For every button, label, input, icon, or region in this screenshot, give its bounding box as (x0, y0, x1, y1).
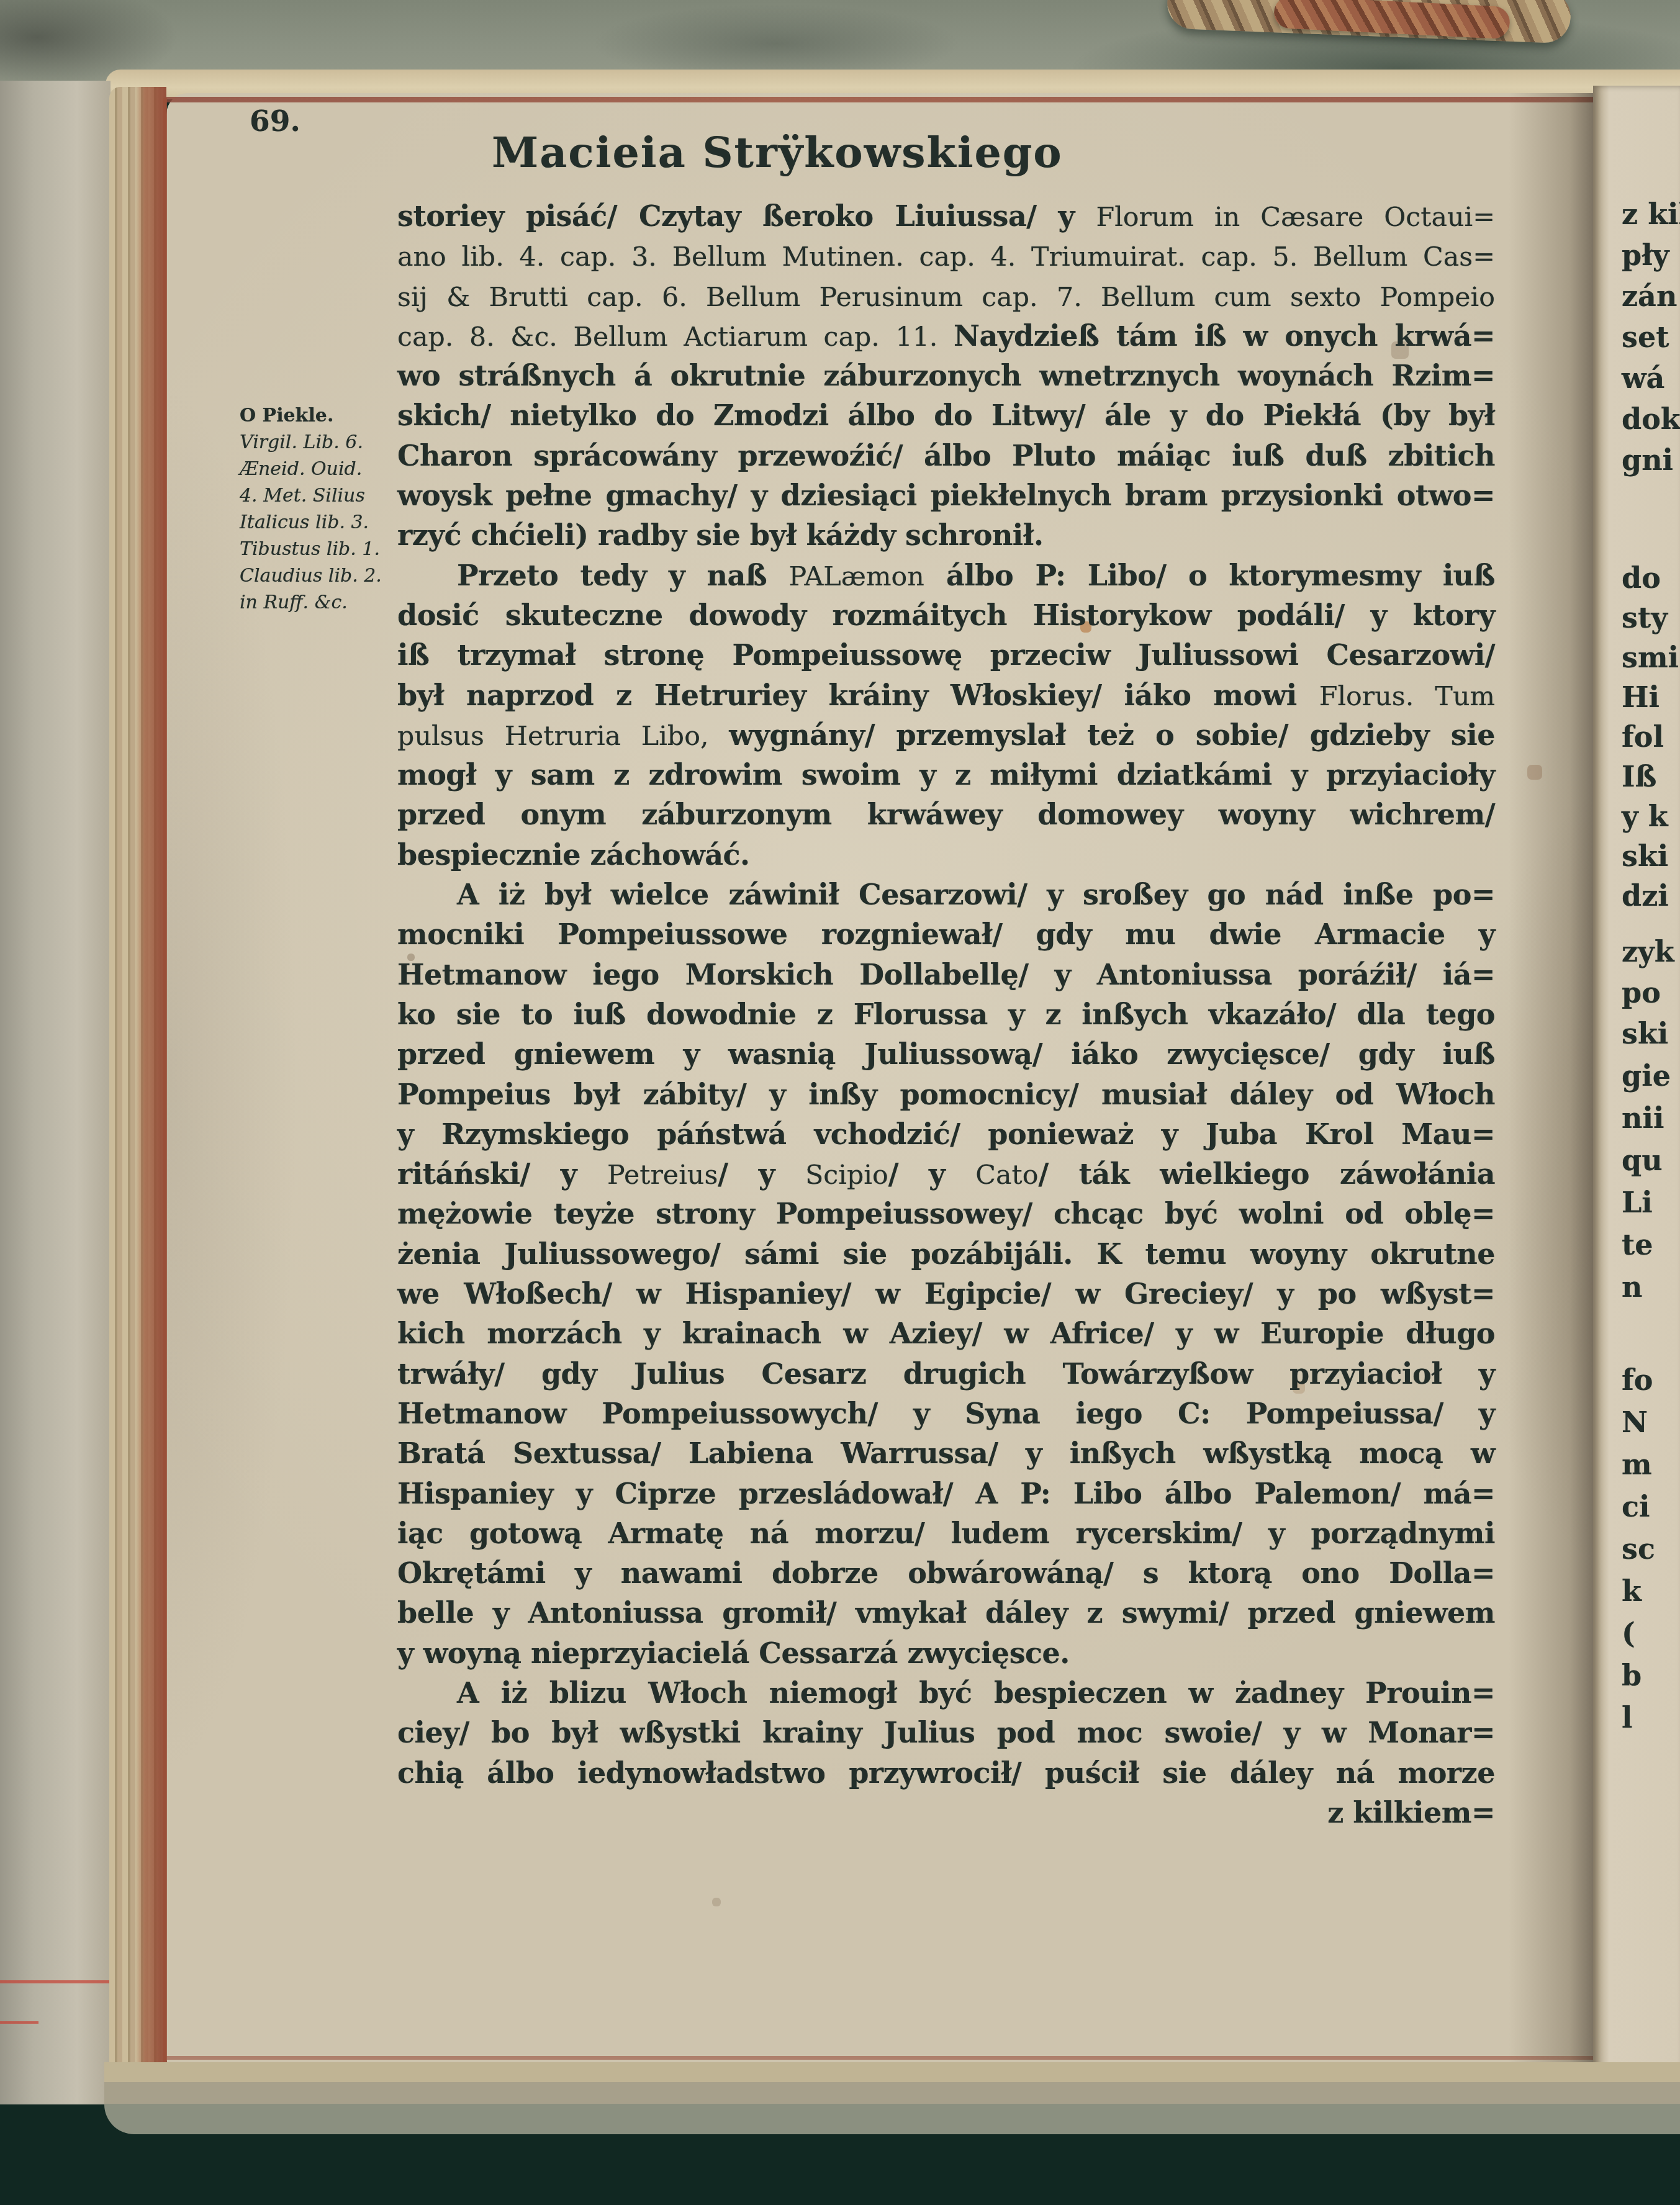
blackletter-segment: mocniki Pompeiussowe rozgniewał/ gdy mu … (397, 918, 1495, 951)
next-page-text-fragment: zyk (1622, 935, 1674, 968)
blackletter-segment: Charon sprácowány przewoźić/ álbo Pluto … (397, 439, 1495, 472)
next-page-text-fragment: N (1622, 1405, 1648, 1439)
left-fore-edge-stack (109, 87, 166, 2086)
blackletter-segment: ko sie to iuß dowodnie z Florussa y z in… (397, 998, 1495, 1031)
next-page-text-fragment: n (1622, 1270, 1642, 1304)
next-page-text-fragment: y k (1622, 800, 1668, 833)
blackletter-segment: storiey pisáć/ Czytay ßeroko Liuiussa/ y (397, 199, 1096, 233)
text-line: rzyć chćieli) radby sie był káżdy schron… (397, 515, 1495, 555)
text-block: storiey pisáć/ Czytay ßeroko Liuiussa/ y… (397, 196, 1495, 1833)
page-number: 69. (250, 104, 300, 138)
next-page-text-fragment: sc (1622, 1532, 1655, 1566)
text-line: iąc gotową Armatę ná morzu/ ludem rycers… (397, 1513, 1495, 1553)
roman-type-segment: sij & Brutti cap. 6. Bellum Perusinum ca… (397, 282, 1495, 313)
blackletter-segment: chią álbo iedynowładstwo przywrocił/ puś… (397, 1756, 1495, 1790)
next-page-text-fragment: z kil (1622, 197, 1680, 231)
text-line: był naprzod z Hetruriey kráiny Włoskiey/… (397, 675, 1495, 715)
blackletter-segment: Hetmanow iego Morskich Dollabellę/ y Ant… (397, 958, 1495, 991)
text-line: przed gniewem y wasnią Juliussową/ iáko … (397, 1034, 1495, 1074)
text-line: wo stráßnych á okrutnie záburzonych wnet… (397, 356, 1495, 395)
text-line: iß trzymał stronę Pompeiussowę przeciw J… (397, 635, 1495, 675)
text-line: bespiecznie záchowáć. (397, 835, 1495, 875)
next-page-text-fragment: Iß (1622, 760, 1656, 793)
text-line: chią álbo iedynowładstwo przywrocił/ puś… (397, 1753, 1495, 1793)
text-line: y woyną nieprzyiacielá Cessarzá zwycięsc… (397, 1633, 1495, 1673)
blackletter-segment: mogł y sam z zdrowim swoim y z miłymi dz… (397, 758, 1495, 791)
next-page-text-fragment: Li (1622, 1186, 1653, 1219)
next-page-text-fragment: set (1622, 320, 1669, 354)
roman-type-segment: Petreius (607, 1160, 718, 1191)
next-page-text-fragment: gni (1622, 443, 1673, 477)
catchword-line: z kilkiem= (397, 1793, 1495, 1833)
next-page-text-fragment: smi (1622, 641, 1679, 674)
blackletter-segment: trwáły/ gdy Julius Cesarz drugich Towárz… (397, 1357, 1495, 1391)
text-line: ritáński/ y Petreius/ y Scipio/ y Cato/ … (397, 1154, 1495, 1194)
next-page-text-fragment: po (1622, 976, 1661, 1009)
red-pen-mark (0, 1980, 111, 1983)
next-page-text-fragment: m (1622, 1448, 1652, 1481)
blackletter-segment: iß trzymał stronę Pompeiussowę przeciw J… (397, 638, 1495, 672)
text-line: Okrętámi y nawami dobrze obwárowáną/ s k… (397, 1553, 1495, 1593)
next-page-text-fragment: pły (1622, 238, 1669, 272)
blackletter-segment: y woyną nieprzyiacielá Cessarzá zwycięsc… (397, 1636, 1070, 1670)
text-line: cap. 8. &c. Bellum Actiarum cap. 11. Nay… (397, 316, 1495, 356)
text-line: Hetmanow iego Morskich Dollabellę/ y Ant… (397, 955, 1495, 994)
roman-type-segment: Florum in Cæsare Octaui= (1096, 202, 1496, 233)
text-line: dosić skuteczne dowody rozmáitych Histor… (397, 595, 1495, 635)
blackletter-segment: Pompeius był zábity/ y inßy pomocnicy/ m… (397, 1078, 1495, 1111)
next-page-text-fragment: ci (1622, 1490, 1650, 1523)
blackletter-segment: A iż blizu Włoch niemogł być bespieczen … (457, 1676, 1495, 1710)
text-line: woysk pełne gmachy/ y dziesiąci piekłeln… (397, 476, 1495, 515)
text-line: y Rzymskiego páństwá vchodzić/ ponieważ … (397, 1114, 1495, 1154)
blackletter-segment: / y (718, 1157, 805, 1191)
text-line: sij & Brutti cap. 6. Bellum Perusinum ca… (397, 276, 1495, 316)
red-edge-stain-left (163, 98, 167, 2065)
text-line: Hetmanow Pompeiussowych/ y Syna iego C: … (397, 1394, 1495, 1433)
text-line: mężowie teyże strony Pompeiussowey/ chcą… (397, 1194, 1495, 1233)
next-page-text-fragment: wá (1622, 361, 1664, 395)
next-page-text-fragment: ski (1622, 1017, 1668, 1050)
roman-type-segment: Florus. Tum (1319, 681, 1495, 712)
next-page-text-fragment: fo (1622, 1363, 1653, 1397)
roman-type-segment: cap. 8. &c. Bellum Actiarum cap. 11. (397, 322, 954, 353)
red-edge-stain-top (166, 97, 1680, 102)
blackletter-segment: y Rzymskiego páństwá vchodzić/ ponieważ … (397, 1117, 1495, 1151)
blackletter-segment: Okrętámi y nawami dobrze obwárowáną/ s k… (397, 1556, 1495, 1590)
blackletter-segment: Przeto tedy y naß (457, 559, 789, 592)
running-header: Macieia Strÿkowskiego (492, 128, 1063, 178)
blackletter-segment: woysk pełne gmachy/ y dziesiąci piekłeln… (397, 479, 1495, 512)
next-page-text-fragment: te (1622, 1228, 1653, 1261)
next-page-text-fragment: ski (1622, 839, 1668, 873)
blackletter-segment: Hetmanow Pompeiussowych/ y Syna iego C: … (397, 1397, 1495, 1430)
text-line: Pompeius był zábity/ y inßy pomocnicy/ m… (397, 1075, 1495, 1114)
blackletter-segment: dosić skuteczne dowody rozmáitych Histor… (397, 598, 1495, 632)
text-line: Hispaniey y Ciprze przesládował/ A P: Li… (397, 1474, 1495, 1513)
blackletter-segment: bespiecznie záchowáć. (397, 838, 750, 872)
next-page-text-fragment: do (1622, 561, 1661, 595)
blackletter-segment: Bratá Sextussa/ Labiena Warrussa/ y inßy… (397, 1436, 1495, 1470)
blackletter-segment: / y (888, 1157, 976, 1191)
blackletter-segment: był naprzod z Hetruriey kráiny Włoskiey/… (397, 679, 1319, 712)
next-page-text-fragment: gie (1622, 1059, 1671, 1093)
blackletter-segment: ritáński/ y (397, 1157, 607, 1191)
text-line: skich/ nietylko do Zmodzi álbo do Litwy/… (397, 395, 1495, 435)
blackletter-segment: Naydzieß tám iß w onych krwá= (954, 319, 1495, 353)
blackletter-segment: żenia Juliussowego/ sámi sie pozábijáli.… (397, 1237, 1495, 1271)
text-line: we Włoßech/ w Hispaniey/ w Egipcie/ w Gr… (397, 1274, 1495, 1314)
roman-type-segment: pulsus Hetruria Libo, (397, 721, 729, 752)
text-line: mogł y sam z zdrowim swoim y z miłymi dz… (397, 755, 1495, 795)
roman-type-segment: ano lib. 4. cap. 3. Bellum Mutinen. cap.… (397, 241, 1495, 273)
text-line: Przeto tedy y naß PALæmon álbo P: Libo/ … (397, 556, 1495, 595)
blackletter-segment: kich morzách y krainach w Aziey/ w Afric… (397, 1317, 1495, 1350)
text-line: ciey/ bo był wßystki krainy Julius pod m… (397, 1713, 1495, 1752)
text-line: pulsus Hetruria Libo, wygnány/ przemysla… (397, 715, 1495, 755)
next-page-text-fragment: ( (1622, 1617, 1635, 1650)
blackletter-segment: skich/ nietylko do Zmodzi álbo do Litwy/… (397, 399, 1495, 432)
text-line: żenia Juliussowego/ sámi sie pozábijáli.… (397, 1234, 1495, 1274)
next-page-text-fragment: dzi (1622, 879, 1669, 913)
text-line: trwáły/ gdy Julius Cesarz drugich Towárz… (397, 1354, 1495, 1394)
text-line: ano lib. 4. cap. 3. Bellum Mutinen. cap.… (397, 236, 1495, 276)
blackletter-segment: álbo P: Libo/ o ktorymesmy iuß (924, 559, 1495, 592)
text-line: Charon sprácowány przewoźić/ álbo Pluto … (397, 436, 1495, 476)
blackletter-segment: rzyć chćieli) radby sie był káżdy schron… (397, 518, 1044, 552)
blackletter-segment: we Włoßech/ w Hispaniey/ w Egipcie/ w Gr… (397, 1277, 1495, 1310)
next-page-text-fragment: l (1622, 1701, 1632, 1734)
next-page-text-fragment: zán (1622, 279, 1677, 313)
blackletter-segment: wo stráßnych á okrutnie záburzonych wnet… (397, 359, 1495, 392)
blackletter-segment: z kilkiem= (1327, 1796, 1495, 1829)
text-line: ko sie to iuß dowodnie z Florussa y z in… (397, 994, 1495, 1034)
text-line: storiey pisáć/ Czytay ßeroko Liuiussa/ y… (397, 196, 1495, 236)
text-line: mocniki Pompeiussowe rozgniewał/ gdy mu … (397, 914, 1495, 954)
red-pen-mark (0, 2021, 38, 2024)
text-line: A iż był wielce záwinił Cesarzowi/ y sro… (397, 875, 1495, 914)
text-line: A iż blizu Włoch niemogł być bespieczen … (397, 1673, 1495, 1713)
blackletter-segment: Hispaniey y Ciprze przesládował/ A P: Li… (397, 1477, 1495, 1510)
text-line: kich morzách y krainach w Aziey/ w Afric… (397, 1314, 1495, 1353)
blackletter-segment: iąc gotową Armatę ná morzu/ ludem rycers… (397, 1517, 1495, 1550)
blackletter-segment: A iż był wielce záwinił Cesarzowi/ y sro… (457, 878, 1495, 911)
blackletter-segment: ciey/ bo był wßystki krainy Julius pod m… (397, 1716, 1495, 1749)
red-edge-stain-bottom (166, 2056, 1680, 2060)
blackletter-segment: belle y Antoniussa gromił/ vmykał dáley … (397, 1596, 1495, 1630)
next-page-text-fragment: qu (1622, 1143, 1663, 1177)
blackletter-segment: / ták wielkiego záwołánia (1038, 1157, 1495, 1191)
next-page-text-fragment: b (1622, 1659, 1642, 1692)
blackletter-segment: wygnány/ przemyslał też o sobie/ gdzieby… (729, 718, 1495, 752)
text-line: belle y Antoniussa gromił/ vmykał dáley … (397, 1593, 1495, 1633)
next-page-text-fragment: k (1622, 1574, 1642, 1608)
next-page-text-fragment: nii (1622, 1101, 1664, 1135)
foxing-spots (0, 0, 2, 2)
gutter-shadow (1509, 93, 1593, 2066)
blackletter-segment: mężowie teyże strony Pompeiussowey/ chcą… (397, 1197, 1495, 1230)
next-page-text-fragment: sty (1622, 601, 1668, 634)
roman-type-segment: Scipio (805, 1160, 888, 1191)
bottom-page-edges (104, 2062, 1680, 2134)
blackletter-segment: przed gniewem y wasnią Juliussową/ iáko … (397, 1037, 1495, 1071)
roman-type-segment: Cato (975, 1160, 1038, 1191)
next-page-text-fragment: dok (1622, 402, 1680, 436)
roman-type-segment: PALæmon (789, 561, 924, 592)
text-line: przed onym záburzonym krwáwey domowey wo… (397, 795, 1495, 834)
next-page-text-fragment: Hi (1622, 680, 1660, 714)
book-photo: { "colors": { "background": "#112822", "… (0, 0, 1680, 2205)
left-flyleaf (0, 81, 111, 2104)
blackletter-segment: przed onym záburzonym krwáwey domowey wo… (397, 798, 1495, 831)
text-line: Bratá Sextussa/ Labiena Warrussa/ y inßy… (397, 1433, 1495, 1473)
next-page-text-fragment: fol (1622, 720, 1664, 754)
